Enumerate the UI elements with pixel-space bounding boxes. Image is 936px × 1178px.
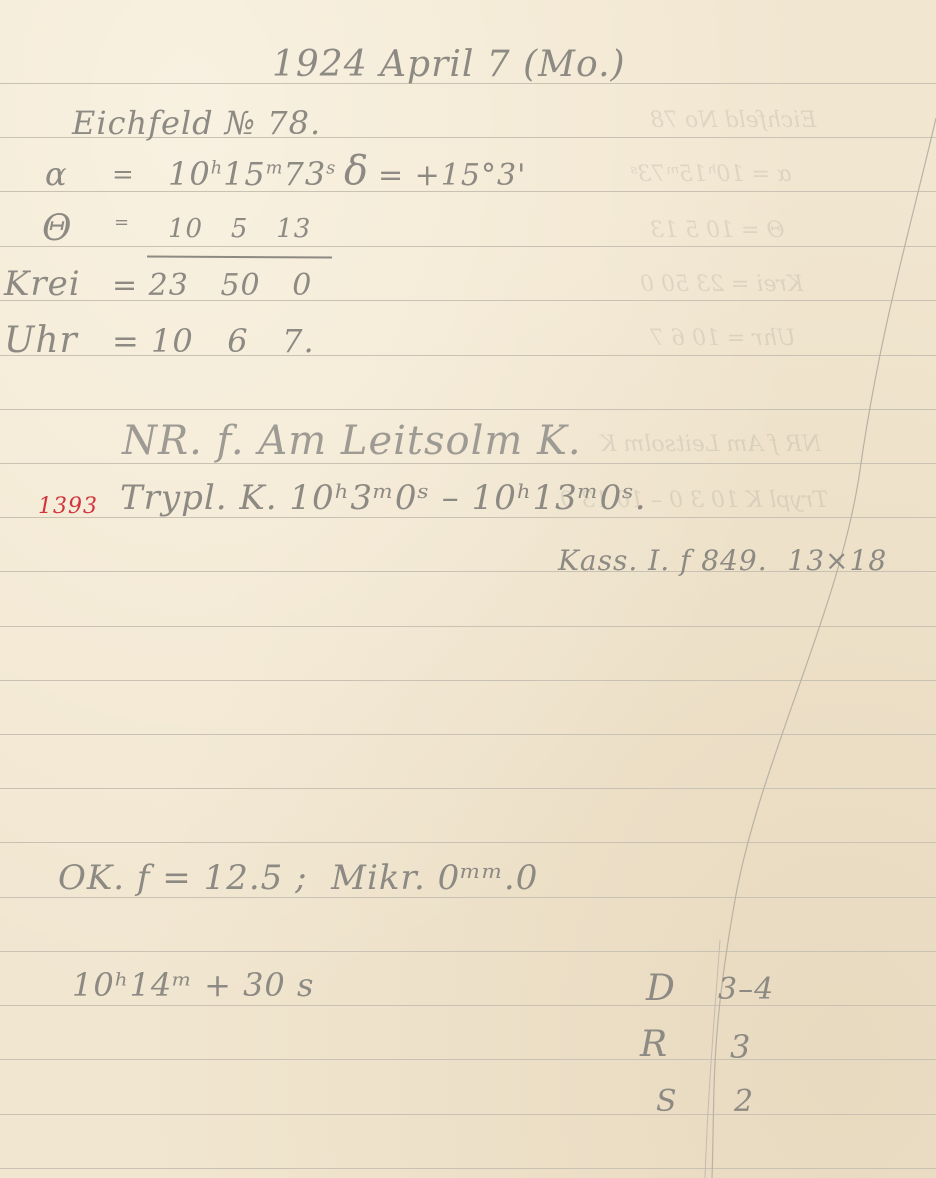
ruled-line: [0, 1168, 936, 1169]
eyepiece-line: OK. f = 12.5 ; Mikr. 0ᵐᵐ.0: [58, 858, 538, 898]
ruled-line: [0, 680, 936, 681]
rating-s-label: S: [656, 1084, 678, 1119]
ruled-line: [0, 842, 936, 843]
alpha-equals: =: [112, 160, 135, 190]
ruled-line: [0, 409, 936, 410]
delta-label: δ: [344, 148, 369, 194]
bleed-through-text: Krei = 23 50 0: [640, 272, 803, 297]
krei-value: = 23 50 0: [112, 268, 312, 303]
rating-s-value: 2: [734, 1084, 754, 1119]
rating-d-value: 3–4: [718, 972, 774, 1007]
exposure-line: Trypl. K. 10ʰ3ᵐ0ˢ – 10ʰ13ᵐ0ˢ.: [120, 478, 647, 518]
cassette-line: Kass. I. f 849. 13×18: [558, 544, 887, 577]
ruled-line: [0, 1005, 936, 1006]
alpha-label: α: [45, 155, 68, 193]
bleed-through-text: NR f Am Leitsolm K: [600, 432, 821, 457]
field-title: Eichfeld № 78.: [72, 104, 321, 142]
time-line: 10ʰ14ᵐ + 30 s: [72, 966, 314, 1004]
alpha-seconds: 73: [283, 155, 326, 193]
bleed-through-text: Uhr = 10 6 7: [650, 326, 796, 351]
sidereal-time-value: 10 5 13: [168, 214, 311, 244]
alpha-hours: 10: [168, 155, 211, 193]
ruled-line: [0, 626, 936, 627]
theta-equals: =: [114, 212, 130, 233]
rating-d-label: D: [646, 968, 676, 1009]
krei-label: Krei: [4, 264, 81, 304]
declination-value: = +15°3': [378, 158, 526, 193]
plate-number: 1393: [38, 494, 98, 519]
rating-r-value: 3: [730, 1028, 751, 1066]
nr-line: NR. f. Am Leitsolm K.: [122, 418, 582, 464]
notebook-page: Eichfeld No 78 α = 10ʰ15ᵐ73ˢ Θ = 10 5 13…: [0, 0, 936, 1178]
sum-underline: [147, 256, 332, 259]
ruled-line: [0, 246, 936, 247]
bleed-through-text: Eichfeld No 78: [650, 108, 816, 133]
alpha-minutes: 15: [223, 155, 266, 193]
ruled-line: [0, 788, 936, 789]
ruled-line: [0, 1114, 936, 1115]
bleed-through-text: Θ = 10 5 13: [650, 218, 784, 243]
right-ascension-value: 10h15m73s: [168, 155, 336, 193]
ruled-line: [0, 951, 936, 952]
uhr-value: = 10 6 7.: [112, 322, 315, 360]
entry-date: 1924 April 7 (Mo.): [272, 44, 626, 85]
theta-label: Θ: [42, 208, 73, 249]
bleed-through-text: α = 10ʰ15ᵐ73ˢ: [630, 162, 792, 187]
uhr-label: Uhr: [4, 320, 78, 361]
rating-r-label: R: [640, 1024, 668, 1065]
ruled-line: [0, 734, 936, 735]
ruled-line: [0, 1059, 936, 1060]
